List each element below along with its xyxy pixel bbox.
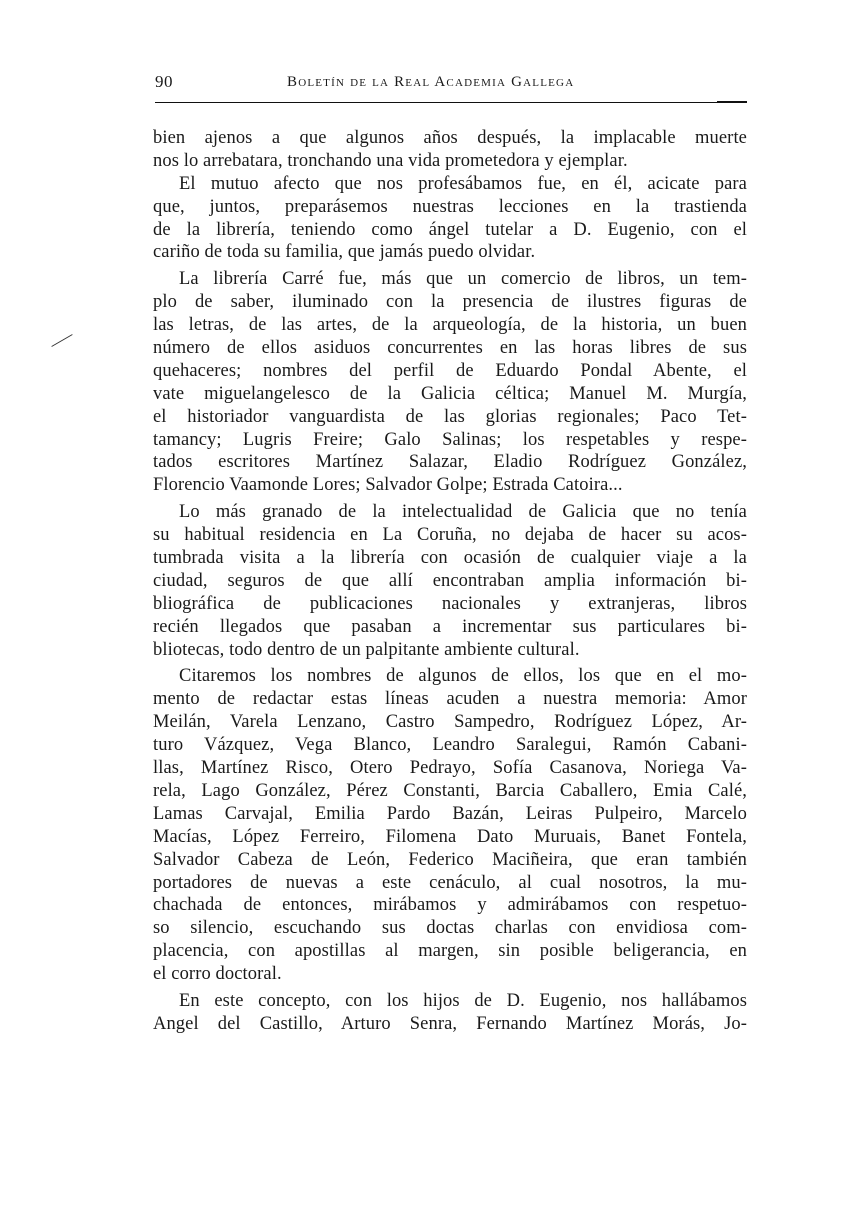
scanned-page: 90 Boletín de la Real Academia Gallega b…: [0, 0, 850, 1227]
text-line: quehaceres; nombres del perfil de Eduard…: [153, 360, 747, 383]
text-line: nos lo arrebatara, tronchando una vida p…: [153, 150, 747, 173]
text-line: placencia, con apostillas al margen, sin…: [153, 940, 747, 963]
text-line: tados escritores Martínez Salazar, Eladi…: [153, 451, 747, 474]
text-line: cariño de toda su familia, que jamás pue…: [153, 241, 747, 264]
text-line: Florencio Vaamonde Lores; Salvador Golpe…: [153, 474, 747, 497]
text-line: ciudad, seguros de que allí encontraban …: [153, 570, 747, 593]
text-line: Angel del Castillo, Arturo Senra, Fernan…: [153, 1013, 747, 1036]
text-line: recién llegados que pasaban a incrementa…: [153, 616, 747, 639]
text-line: el corro doctoral.: [153, 963, 747, 986]
paragraph: En este concepto, con los hijos de D. Eu…: [153, 990, 747, 1036]
text-line: que, juntos, preparásemos nuestras lecci…: [153, 196, 747, 219]
running-head: 90 Boletín de la Real Academia Gallega: [155, 72, 747, 96]
paragraph: La librería Carré fue, más que un comerc…: [153, 268, 747, 497]
text-line: portadores de nuevas a este cenáculo, al…: [153, 872, 747, 895]
text-line: vate miguelangelesco de la Galicia célti…: [153, 383, 747, 406]
paragraph: Lo más granado de la intelectualidad de …: [153, 501, 747, 661]
header-rule-accent: [717, 101, 747, 103]
text-line: el historiador vanguardista de las glori…: [153, 406, 747, 429]
text-line: llas, Martínez Risco, Otero Pedrayo, Sof…: [153, 757, 747, 780]
text-line: bliográfica de publicaciones nacionales …: [153, 593, 747, 616]
text-line: plo de saber, iluminado con la presencia…: [153, 291, 747, 314]
body-text: bien ajenos a que algunos años después, …: [153, 127, 747, 1036]
text-line: El mutuo afecto que nos profesábamos fue…: [153, 173, 747, 196]
text-line: tumbrada visita a la librería con ocasió…: [153, 547, 747, 570]
text-line: Meilán, Varela Lenzano, Castro Sampedro,…: [153, 711, 747, 734]
page-number: 90: [155, 72, 173, 92]
text-line: su habitual residencia en La Coruña, no …: [153, 524, 747, 547]
text-line: las letras, de las artes, de la arqueolo…: [153, 314, 747, 337]
text-line: Lamas Carvajal, Emilia Pardo Bazán, Leir…: [153, 803, 747, 826]
paragraph: Citaremos los nombres de algunos de ello…: [153, 665, 747, 985]
text-line: número de ellos asiduos concurrentes en …: [153, 337, 747, 360]
text-line: Citaremos los nombres de algunos de ello…: [153, 665, 747, 688]
text-line: so silencio, escuchando sus doctas charl…: [153, 917, 747, 940]
text-line: bliotecas, todo dentro de un palpitante …: [153, 639, 747, 662]
text-line: bien ajenos a que algunos años después, …: [153, 127, 747, 150]
paragraph: bien ajenos a que algunos años después, …: [153, 127, 747, 173]
header-rule: [155, 102, 747, 103]
margin-mark: [51, 334, 72, 347]
text-line: rela, Lago González, Pérez Constanti, Ba…: [153, 780, 747, 803]
text-line: de la librería, teniendo como ángel tute…: [153, 219, 747, 242]
text-line: mento de redactar estas líneas acuden a …: [153, 688, 747, 711]
text-line: tamancy; Lugris Freire; Galo Salinas; lo…: [153, 429, 747, 452]
text-line: chachada de entonces, mirábamos y admirá…: [153, 894, 747, 917]
text-line: En este concepto, con los hijos de D. Eu…: [153, 990, 747, 1013]
journal-title: Boletín de la Real Academia Gallega: [287, 74, 574, 91]
text-line: Lo más granado de la intelectualidad de …: [153, 501, 747, 524]
text-line: turo Vázquez, Vega Blanco, Leandro Saral…: [153, 734, 747, 757]
text-line: Macías, López Ferreiro, Filomena Dato Mu…: [153, 826, 747, 849]
text-line: Salvador Cabeza de León, Federico Maciñe…: [153, 849, 747, 872]
paragraph: El mutuo afecto que nos profesábamos fue…: [153, 173, 747, 265]
text-line: La librería Carré fue, más que un comerc…: [153, 268, 747, 291]
